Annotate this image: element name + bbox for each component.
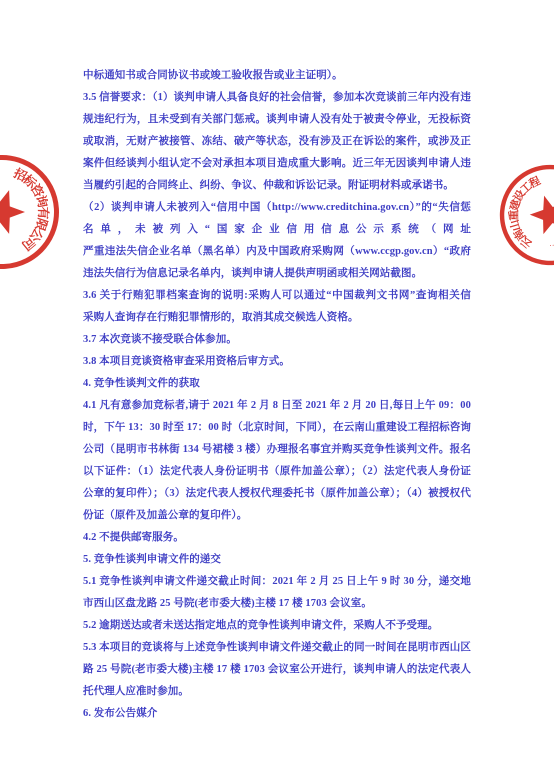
right-company-seal: 云 南 山 重 建 设 工 程 ••••••• [485, 150, 554, 280]
text-line: 3.5 信誉要求：（1）谈判申请人具备良好的社会信誉，参加本次竞谈前三年内没有违… [83, 87, 471, 109]
text-line: 4.1 凡有意参加竞标者,请于 2021 年 2 月 8 日至 2021 年 2… [83, 395, 471, 417]
text-line: （2）谈判申请人未被列入“信用中国（http://www.creditchina… [83, 197, 471, 219]
text-line: 以下证件：（1）法定代表人身份证明书（原件加盖公章）；（2）法定代表人身份证（加… [83, 461, 471, 483]
text-line: 5.2 逾期送达或者未送达指定地点的竞争性谈判申请文件，采购人不予受理。 [83, 615, 471, 637]
text-line: 中标通知书或合同协议书或竣工验收报告或业主证明）。 [83, 65, 471, 87]
text-line: 6. 发布公告媒介 [83, 703, 471, 725]
text-line: 份证（原件及加盖公章的复印件）。 [83, 505, 471, 527]
document-text: 中标通知书或合同协议书或竣工验收报告或业主证明）。3.5 信誉要求：（1）谈判申… [83, 65, 471, 725]
star-icon [0, 183, 30, 236]
text-line: 4.2 不提供邮寄服务。 [83, 527, 471, 549]
text-line: 托代理人应准时参加。 [83, 681, 471, 703]
seal-serial-marks: ••••••• [0, 238, 3, 251]
text-line: 5. 竞争性谈判申请文件的递交 [83, 549, 471, 571]
text-line: 时，下午 13：30 时至 17：00 时（北京时间，下同），在云南山重建设工程… [83, 417, 471, 439]
text-line: 采购人查询存在行贿犯罪情形的，取消其成交候选人资格。 [83, 307, 471, 329]
star-icon [526, 190, 554, 236]
text-line: 公司（昆明市书林街 134 号裙楼 3 楼）办理报名事宜并购买竞争性谈判文件。报… [83, 439, 471, 461]
text-line: 3.6 关于行贿犯罪档案查询的说明:采购人可以通过“中国裁判文书网”查询相关信息… [83, 285, 471, 307]
text-line: 4. 竞争性谈判文件的获取 [83, 373, 471, 395]
left-company-seal: 招 标 咨 询 有 限 公 司 ••••••• [0, 147, 67, 277]
text-line: 规违纪行为，且未受到有关部门惩戒。谈判申请人没有处于被责令停业，无投标资格被暂停 [83, 109, 471, 131]
text-line: 严重违法失信企业名单（黑名单）内及中国政府采购网（www.ccgp.gov.cn… [83, 241, 471, 263]
text-line: 公章的复印件）；（3）法定代表人授权代理委托书（原件加盖公章）；（4）被授权代理… [83, 483, 471, 505]
text-line: 路 25 号院(老市委大楼)主楼 17 楼 1703 会议室公开进行，谈判申请人… [83, 659, 471, 681]
text-line: 3.7 本次竞谈不接受联合体参加。 [83, 329, 471, 351]
text-line: 市西山区盘龙路 25 号院(老市委大楼)主楼 17 楼 1703 会议室。 [83, 593, 471, 615]
text-line: 3.8 本项目竞谈资格审查采用资格后审方式。 [83, 351, 471, 373]
text-line: 案件但经谈判小组认定不会对承担本项目造成重大影响。近三年无因谈判申请人违约或不恰 [83, 153, 471, 175]
text-line: 名单，未被列入“国家企业信用信息公示系统（网址 http://www.gsxt.… [83, 219, 471, 241]
text-line: 5.3 本项目的竞谈将与上述竞争性谈判申请文件递交截止的同一时间在昆明市西山区盘… [83, 637, 471, 659]
document-page: 中标通知书或合同协议书或竣工验收报告或业主证明）。3.5 信誉要求：（1）谈判申… [0, 0, 554, 783]
seal-serial-marks: ••••••• [548, 237, 554, 249]
text-line: 5.1 竞争性谈判申请文件递交截止时间：2021 年 2 月 25 日上午 9 … [83, 571, 471, 593]
text-line: 或取消，无财产被接管、冻结、破产等状态，没有涉及正在诉讼的案件，或涉及正在诉讼的 [83, 131, 471, 153]
text-line: 当履约引起的合同终止、纠纷、争议、仲裁和诉讼记录。附证明材料或承诺书。 [83, 175, 471, 197]
text-line: 违法失信行为信息记录名单内，谈判申请人提供声明函或相关网站截图。 [83, 263, 471, 285]
